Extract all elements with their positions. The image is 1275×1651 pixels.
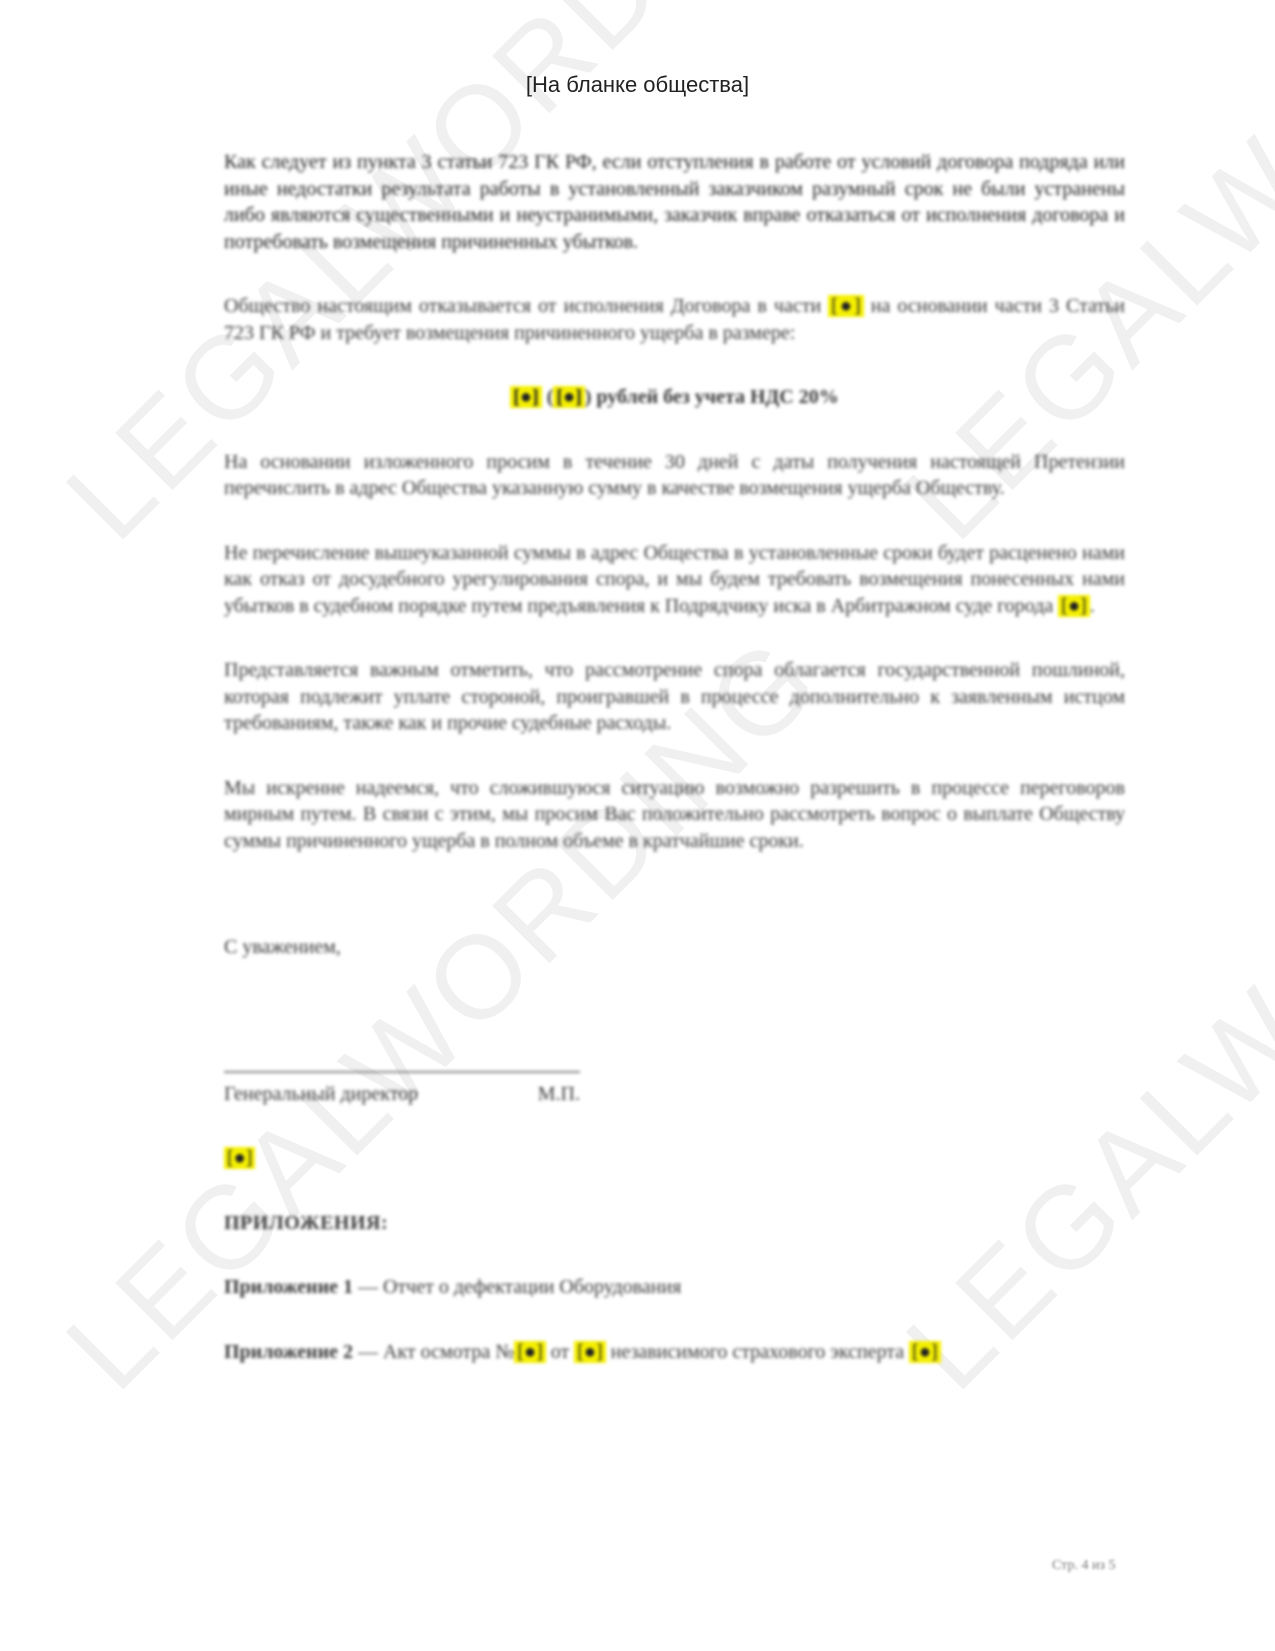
- closing-salutation: С уважением,: [224, 934, 1125, 961]
- signatory-position: Генеральный директор: [224, 1081, 418, 1108]
- signature-block: Генеральный директор М.П.: [224, 1081, 580, 1108]
- claim-amount: [●] ([●]) рублей без учета НДС 20%: [224, 384, 1125, 411]
- period: .: [1090, 595, 1095, 617]
- annex-label: Приложение 2: [224, 1341, 353, 1363]
- document-page: LEGALWORDING LEGALWORDING LEGALWORDING L…: [0, 0, 1275, 1651]
- annex-item-2: Приложение 2 — Акт осмотра №[●] от [●] н…: [224, 1339, 1125, 1366]
- placeholder-amount-number: [●]: [510, 386, 541, 408]
- annex-text: — Акт осмотра №: [353, 1341, 514, 1363]
- paragraph-text: Не перечисление вышеуказанной суммы в ад…: [224, 542, 1125, 617]
- annex-text: независимого страхового эксперта: [606, 1341, 910, 1363]
- paragraph-text: Общество настоящим отказывается от испол…: [224, 295, 821, 317]
- paragraph-court-fees: Представляется важным отметить, что расс…: [224, 657, 1125, 737]
- signatory-name: [●]: [224, 1145, 1125, 1172]
- placeholder-city: [●]: [1058, 595, 1089, 617]
- annexes-title: ПРИЛОЖЕНИЯ:: [224, 1210, 1125, 1237]
- annex-text: — Отчет о дефектации Оборудования: [353, 1276, 681, 1298]
- amount-currency: ) рублей без учета НДС 20%: [585, 386, 839, 408]
- placeholder-contract-part: [●]: [828, 295, 864, 317]
- annex-item-1: Приложение 1 — Отчет о дефектации Оборуд…: [224, 1274, 1125, 1301]
- letterhead-note: [На бланке общества]: [0, 72, 1275, 98]
- placeholder-act-number: [●]: [514, 1341, 545, 1363]
- placeholder-act-date: [●]: [574, 1341, 605, 1363]
- annex-text: от: [546, 1341, 574, 1363]
- annex-label: Приложение 1: [224, 1276, 353, 1298]
- signature-line: [224, 1071, 580, 1073]
- placeholder-expert: [●]: [909, 1341, 940, 1363]
- paragraph-legal-basis: Как следует из пункта 3 статьи 723 ГК РФ…: [224, 149, 1125, 255]
- paragraph-refusal: Общество настоящим отказывается от испол…: [224, 293, 1125, 346]
- paragraph-settlement: Мы искренне надеемся, что сложившуюся си…: [224, 775, 1125, 855]
- stamp-place: М.П.: [538, 1081, 580, 1108]
- paragraph-court-warning: Не перечисление вышеуказанной суммы в ад…: [224, 540, 1125, 620]
- document-body: Как следует из пункта 3 статьи 723 ГК РФ…: [224, 149, 1125, 1403]
- placeholder-signatory: [●]: [224, 1147, 255, 1169]
- page-number: Стр. 4 из 5: [1052, 1558, 1115, 1574]
- paragraph-payment-request: На основании изложенного просим в течени…: [224, 449, 1125, 502]
- placeholder-amount-words: [●]: [553, 386, 584, 408]
